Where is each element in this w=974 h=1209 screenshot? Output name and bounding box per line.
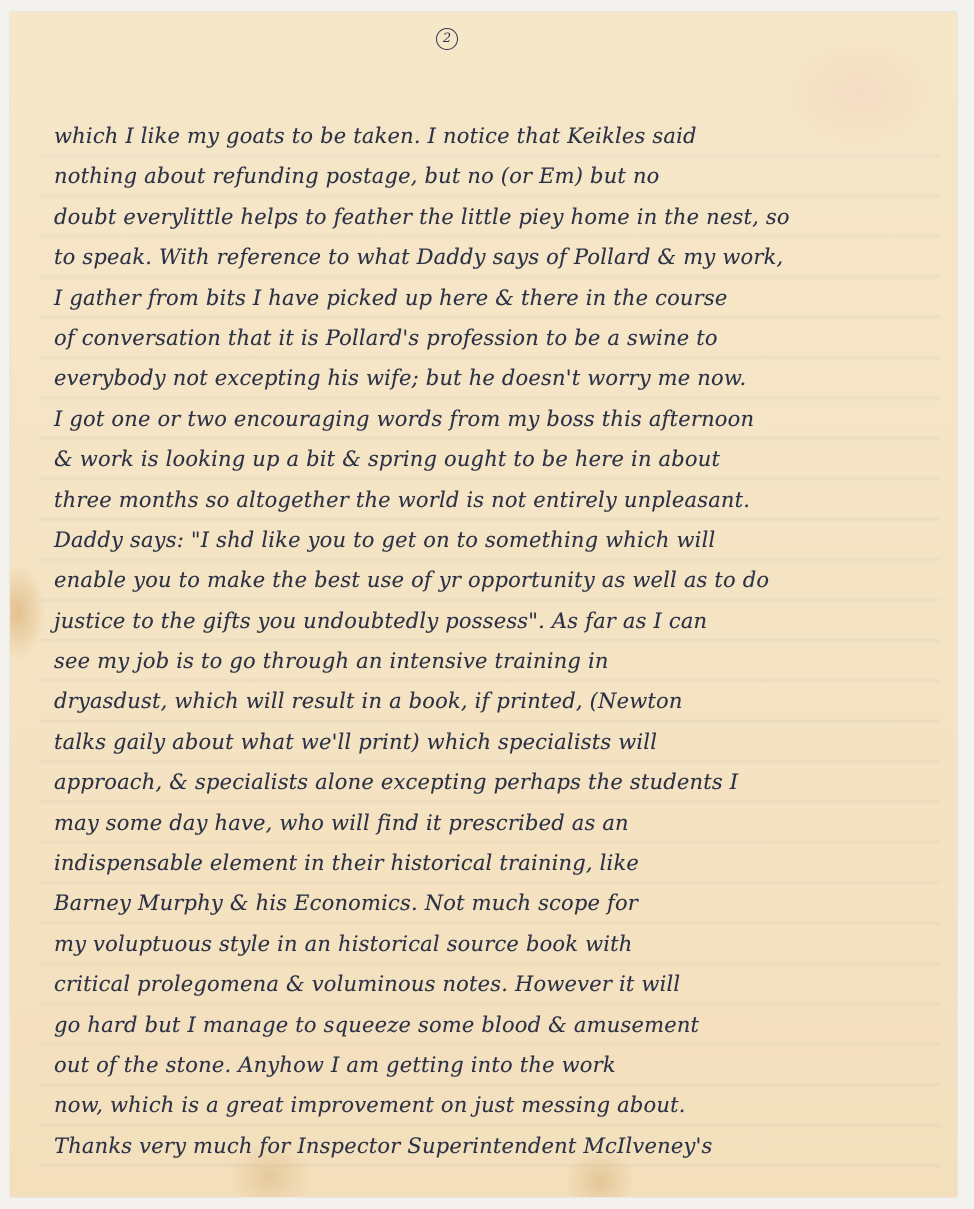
letter-line: dryasdust, which will result in a book, … [54,681,944,721]
letter-line: everybody not excepting his wife; but he… [54,358,944,398]
letter-line: indispensable element in their historica… [54,843,944,883]
letter-line: justice to the gifts you undoubtedly pos… [54,601,944,641]
letter-line: three months so altogether the world is … [54,480,944,520]
letter-line: to speak. With reference to what Daddy s… [54,237,944,277]
letter-line: I gather from bits I have picked up here… [54,278,944,318]
letter-line: see my job is to go through an intensive… [54,641,944,681]
letter-line: go hard but I manage to squeeze some blo… [54,1005,944,1045]
letter-line: Daddy says: "I shd like you to get on to… [54,520,944,560]
page-number-circled: 2 [436,28,458,50]
letter-line: out of the stone. Anyhow I am getting in… [54,1045,944,1085]
letter-page: 2 which I like my goats to be taken. I n… [10,12,957,1197]
letter-line: of conversation that it is Pollard's pro… [54,318,944,358]
letter-line: my voluptuous style in an historical sou… [54,924,944,964]
letter-line: may some day have, who will find it pres… [54,803,944,843]
letter-line: now, which is a great improvement on jus… [54,1085,944,1125]
letter-line: doubt everylittle helps to feather the l… [54,197,944,237]
letter-line: Barney Murphy & his Economics. Not much … [54,883,944,923]
letter-line: enable you to make the best use of yr op… [54,560,944,600]
letter-line: talks gaily about what we'll print) whic… [54,722,944,762]
letter-line: critical prolegomena & voluminous notes.… [54,964,944,1004]
letter-line: which I like my goats to be taken. I not… [54,116,944,156]
letter-line: I got one or two encouraging words from … [54,399,944,439]
letter-line: Thanks very much for Inspector Superinte… [54,1126,944,1166]
handwritten-letter-body: which I like my goats to be taken. I not… [54,116,944,1166]
letter-line: & work is looking up a bit & spring ough… [54,439,944,479]
letter-line: approach, & specialists alone excepting … [54,762,944,802]
letter-line: nothing about refunding postage, but no … [54,156,944,196]
